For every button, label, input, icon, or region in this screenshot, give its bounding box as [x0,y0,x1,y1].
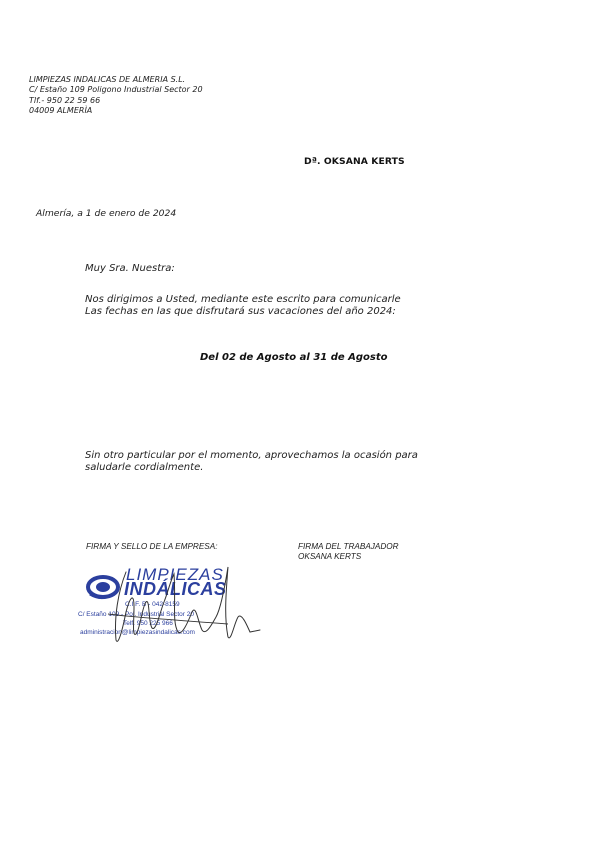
salutation: Muy Sra. Nuestra: [85,263,175,274]
closing-line-1: Sin otro particular por el momento, apro… [85,450,418,462]
company-signature-label: FIRMA Y SELLO DE LA EMPRESA: [86,542,218,552]
worker-name: OKSANA KERTS [298,552,399,562]
sender-block: LIMPIEZAS INDALICAS DE ALMERIA S.L. C/ E… [29,75,203,116]
date-line: Almería, a 1 de enero de 2024 [36,208,176,219]
handwritten-signature-icon [78,562,263,647]
letter-body: Nos dirigimos a Usted, mediante este esc… [85,294,401,318]
closing-paragraph: Sin otro particular por el momento, apro… [85,450,418,474]
sender-postal: 04009 ALMERÌA [29,106,203,116]
recipient-name: Dª. OKSANA KERTS [304,156,405,167]
body-line-1: Nos dirigimos a Usted, mediante este esc… [85,294,401,306]
sender-phone: Tlf.- 950 22 59 66 [29,96,203,106]
closing-line-2: saludarle cordialmente. [85,462,418,474]
sender-address: C/ Estaño 109 Poligono Industrial Sector… [29,85,203,95]
worker-signature-block: FIRMA DEL TRABAJADOR OKSANA KERTS [298,542,399,562]
worker-signature-label: FIRMA DEL TRABAJADOR [298,542,399,552]
sender-company: LIMPIEZAS INDALICAS DE ALMERIA S.L. [29,75,203,85]
company-stamp: LIMPIEZAS INDÁLICAS C.I.F. B - 042-8159 … [78,562,263,647]
vacation-dates: Del 02 de Agosto al 31 de Agosto [200,352,388,363]
body-line-2: Las fechas en las que disfrutará sus vac… [85,306,401,318]
